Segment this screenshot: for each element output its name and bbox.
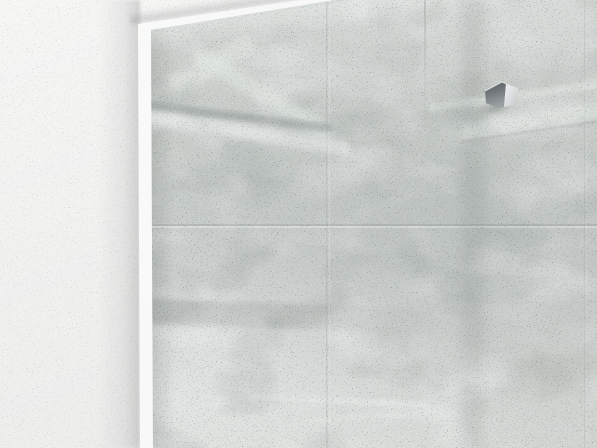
wall-cast-shadow-left	[98, 0, 140, 448]
cube-magnet-bright-face	[504, 84, 518, 107]
product-photo	[0, 0, 597, 448]
cube-magnet	[481, 79, 521, 111]
